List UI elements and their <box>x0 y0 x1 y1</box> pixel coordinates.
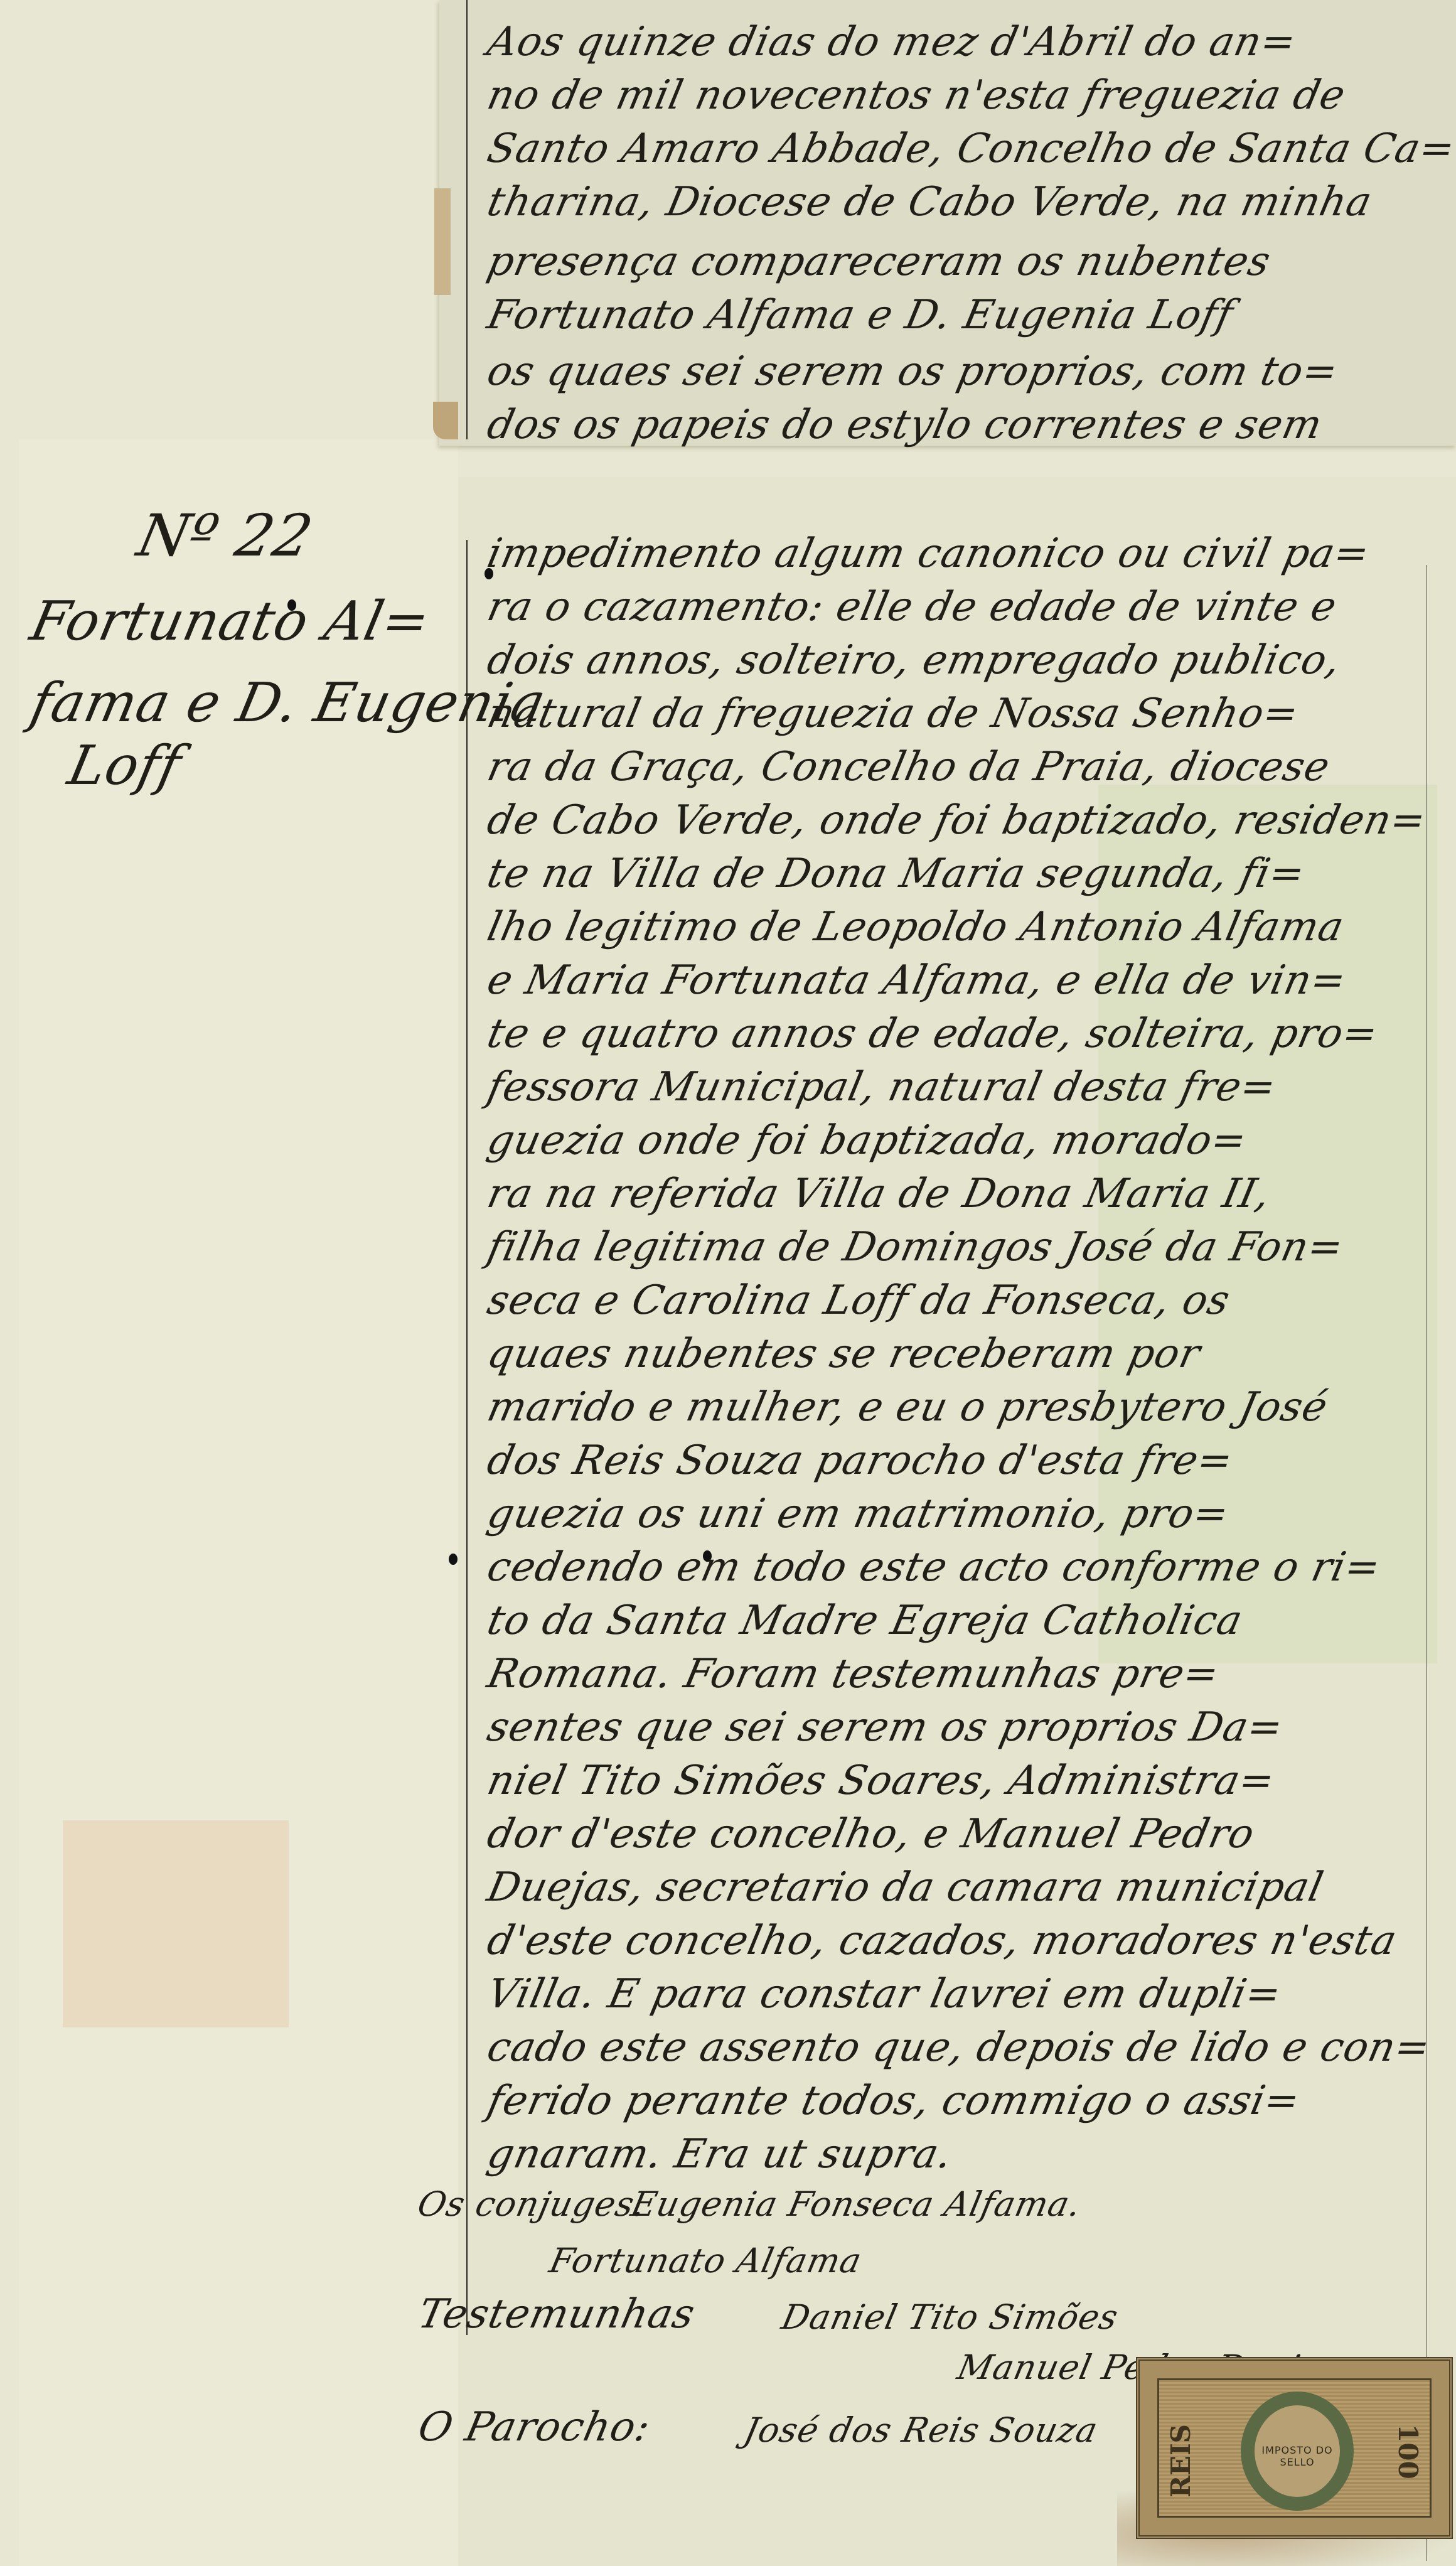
spouses-label: Os conjuges. <box>414 2184 650 2224</box>
stamp-oval-text: IMPOSTO DO SELLO <box>1255 2444 1340 2468</box>
body-line: guezia onde foi baptizada, morado= <box>483 1117 1251 1164</box>
top-line: Santo Amaro Abbade, Concelho de Santa Ca… <box>483 126 1456 172</box>
top-line: dos os papeis do estylo correntes e sem <box>483 402 1327 448</box>
body-line: marido e mulher, e eu o presbytero José <box>483 1384 1332 1431</box>
top-line: Aos quinze dias do mez d'Abril do an= <box>483 19 1300 65</box>
top-line: presença compareceram os nubentes <box>483 239 1275 285</box>
margin-rule <box>466 540 468 2335</box>
bride-signature: Eugenia Fonseca Alfama. <box>628 2184 1085 2224</box>
body-line: de Cabo Verde, onde foi baptizado, resid… <box>483 797 1430 844</box>
body-line: quaes nubentes se receberam por <box>483 1331 1204 1377</box>
body-line: seca e Carolina Loff da Fonseca, os <box>483 1277 1234 1324</box>
witnesses-label: Testemunhas <box>414 2291 699 2338</box>
margin-rule-top <box>466 0 468 439</box>
top-line: os quaes sei serem os proprios, com to= <box>483 348 1342 395</box>
body-line: impedimento algum canonico ou civil pa= <box>483 530 1374 577</box>
top-line: tharina, Diocese de Cabo Verde, na minha <box>483 179 1376 225</box>
body-line: gnaram. Era ut supra. <box>483 2131 956 2177</box>
body-line: to da Santa Madre Egreja Catholica <box>483 1597 1247 1644</box>
body-line: natural da freguezia de Nossa Senho= <box>483 690 1303 737</box>
body-line: te e quatro annos de edade, solteira, pr… <box>483 1011 1383 1057</box>
body-line: d'este concelho, cazados, moradores n'es… <box>483 1918 1401 1964</box>
parish-priest-label: O Parocho: <box>414 2404 655 2451</box>
body-line: e Maria Fortunata Alfama, e ella de vin= <box>483 957 1351 1004</box>
body-line: lho legitimo de Leopoldo Antonio Alfama <box>483 904 1348 950</box>
body-line: Romana. Foram testemunhas pre= <box>483 1651 1223 1697</box>
parish-priest-signature: José dos Reis Souza <box>741 2410 1101 2450</box>
top-line: no de mil novecentos n'esta freguezia de <box>483 72 1350 119</box>
ink-blot <box>449 1554 458 1565</box>
margin-title-line: Loff <box>63 734 187 797</box>
right-margin-rule <box>1426 565 1427 2561</box>
body-line: ferido perante todos, commigo o assi= <box>483 2078 1304 2124</box>
body-line: sentes que sei serem os proprios Da= <box>483 1704 1287 1751</box>
body-line: Villa. E para constar lavrei em dupli= <box>483 1971 1285 2017</box>
ink-blot <box>703 1550 712 1562</box>
top-line: Fortunato Alfama e D. Eugenia Loff <box>483 292 1238 338</box>
revenue-stamp: REIS IMPOSTO DO SELLO 100 <box>1136 2357 1453 2539</box>
stamp-frame: REIS IMPOSTO DO SELLO 100 <box>1157 2378 1432 2518</box>
entry-number: Nº 22 <box>132 502 319 569</box>
paper-stain <box>63 1820 289 2027</box>
stamp-value: 100 <box>1393 2424 1423 2479</box>
stamp-oval: IMPOSTO DO SELLO <box>1241 2392 1354 2511</box>
edge-stain <box>434 188 451 295</box>
body-line: filha legitima de Domingos José da Fon= <box>483 1224 1347 1270</box>
body-line: ra na referida Villa de Dona Maria II, <box>483 1171 1275 1217</box>
body-line: ra da Graça, Concelho da Praia, diocese <box>483 744 1334 790</box>
body-line: guezia os uni em matrimonio, pro= <box>483 1491 1233 1537</box>
corner-stain <box>433 402 458 439</box>
margin-title-line: Fortunato Al= <box>25 590 436 653</box>
margin-title-line: fama e D. Eugenia <box>25 672 552 734</box>
body-line: dois annos, solteiro, empregado publico, <box>483 637 1345 684</box>
body-line: fessora Municipal, natural desta fre= <box>483 1064 1280 1110</box>
ink-blot <box>287 599 296 611</box>
body-line: Duejas, secretario da camara municipal <box>483 1864 1327 1911</box>
body-line: cado este assento que, depois de lido e … <box>483 2024 1435 2071</box>
body-line: ra o cazamento: elle de edade de vinte e <box>483 584 1341 630</box>
body-line: niel Tito Simões Soares, Administra= <box>483 1758 1279 1804</box>
ink-blot <box>484 568 493 579</box>
body-line: dos Reis Souza parocho d'esta fre= <box>483 1437 1237 1484</box>
witness-1-signature: Daniel Tito Simões <box>778 2297 1122 2337</box>
body-line: cedendo em todo este acto conforme o ri= <box>483 1544 1384 1591</box>
body-line: dor d'este concelho, e Manuel Pedro <box>483 1811 1259 1857</box>
groom-signature: Fortunato Alfama <box>546 2241 865 2280</box>
stamp-currency: REIS <box>1165 2424 1196 2498</box>
body-line: te na Villa de Dona Maria segunda, fi= <box>483 851 1309 897</box>
